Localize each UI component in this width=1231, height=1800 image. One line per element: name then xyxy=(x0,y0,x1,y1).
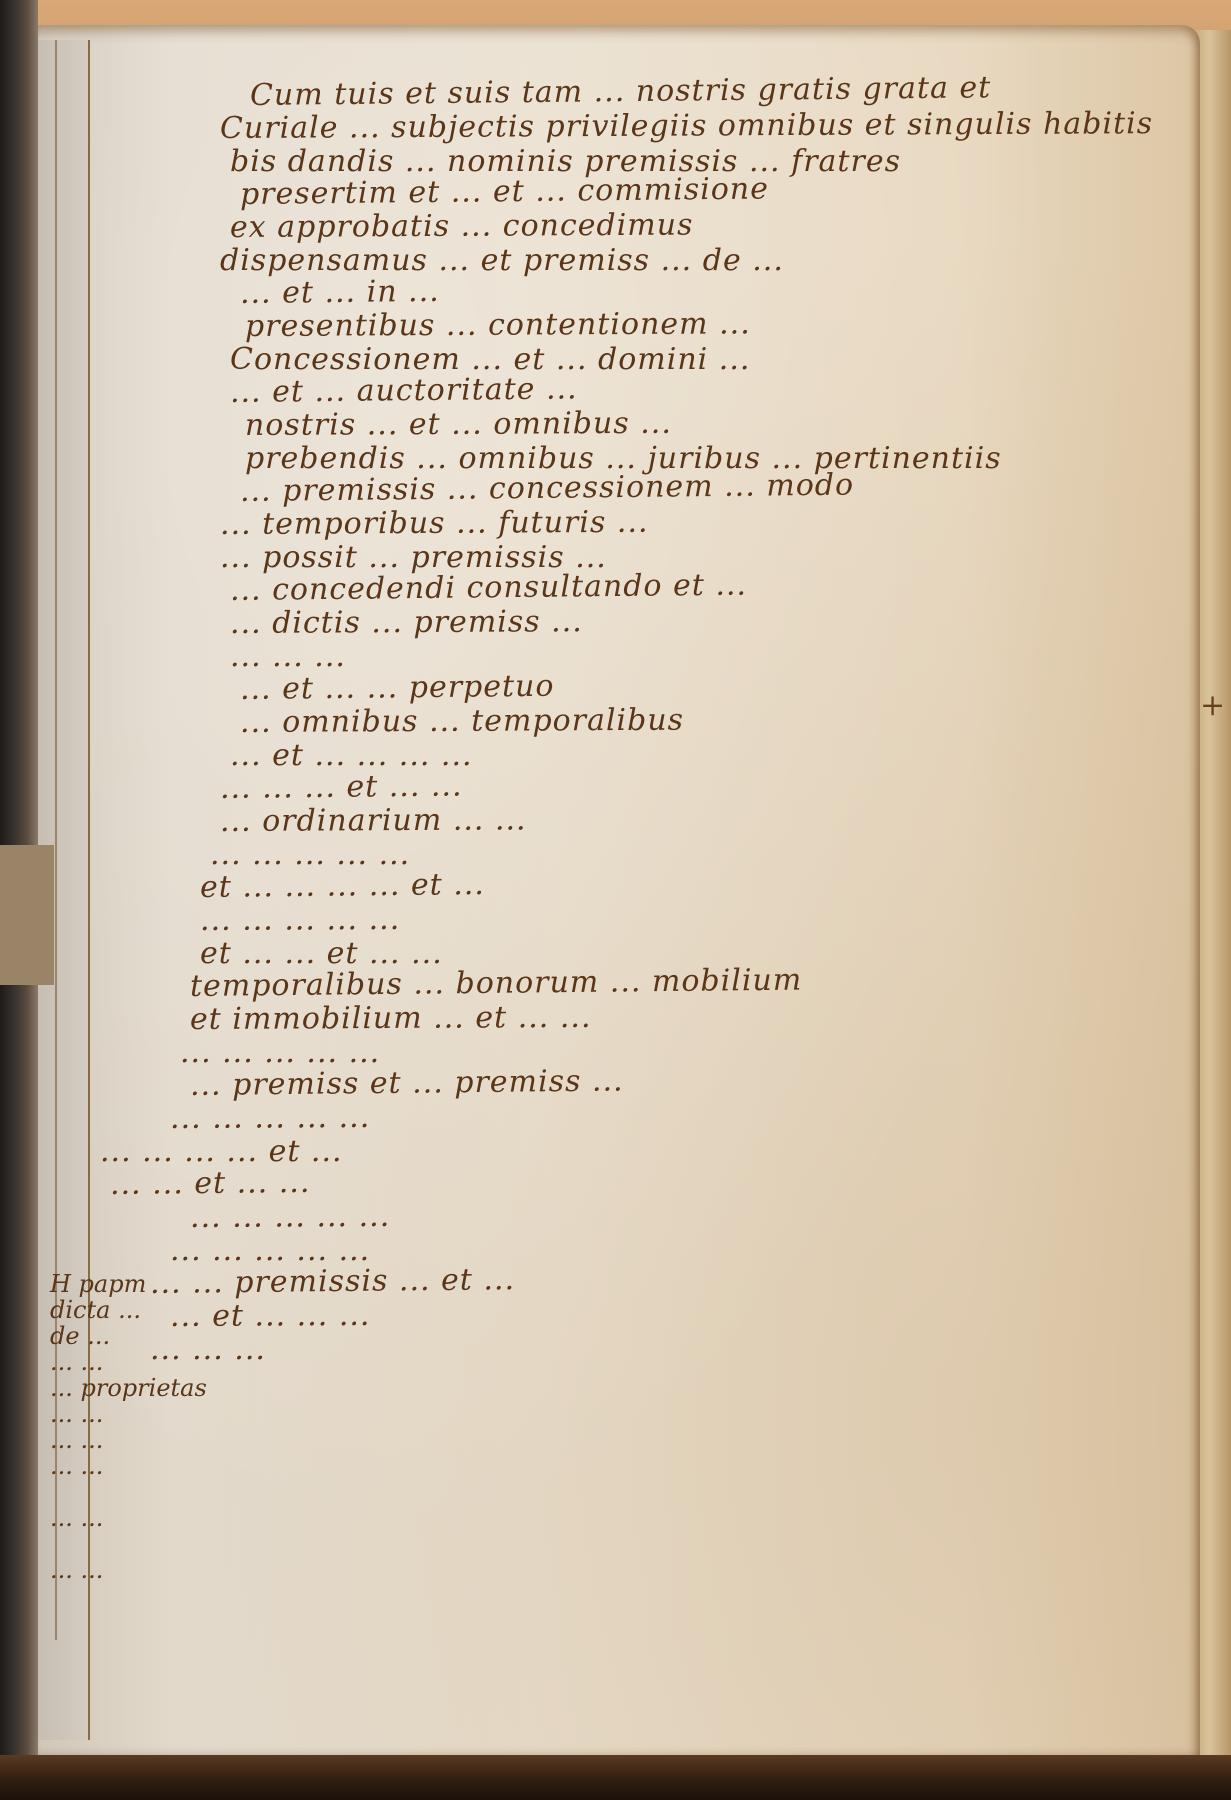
text-line: ... premiss et ... premiss ... xyxy=(190,1063,624,1103)
margin-note-line: ... ... xyxy=(50,1452,103,1480)
text-line: ... ordinarium ... ... xyxy=(220,802,527,839)
text-line: presentibus ... contentionem ... xyxy=(245,306,751,344)
text-line: presertim et ... et ... commisione xyxy=(240,171,769,212)
text-line: ... ... ... ... ... xyxy=(190,1199,390,1235)
margin-note-line: ... ... xyxy=(50,1504,103,1532)
text-line: ... ... ... ... ... xyxy=(210,837,410,872)
adjacent-page-edge xyxy=(1195,30,1231,1770)
text-line: ... et ... ... ... xyxy=(170,1298,371,1334)
margin-note-line: dicta ... xyxy=(50,1296,141,1324)
margin-note-line: ... proprietas xyxy=(50,1374,207,1402)
margin-note-line: ... ... xyxy=(50,1400,103,1428)
margin-note-line: ... ... xyxy=(50,1556,103,1584)
text-line: nostris ... et ... omnibus ... xyxy=(245,406,672,443)
text-line: et immobilium ... et ... ... xyxy=(190,1000,592,1037)
text-line: ... et ... auctoritate ... xyxy=(230,371,578,410)
margin-note-line: ... ... xyxy=(50,1426,103,1454)
text-line: ... ... ... ... et ... xyxy=(100,1134,343,1169)
text-line: ... omnibus ... temporalibus xyxy=(240,703,684,740)
text-line: ... premissis ... concessionem ... modo xyxy=(240,468,854,509)
text-line: et ... ... ... ... et ... xyxy=(200,867,485,905)
text-line: ... ... premissis ... et ... xyxy=(150,1262,515,1301)
text-line: ... ... ... ... ... xyxy=(170,1100,370,1136)
redaction-box xyxy=(0,845,54,985)
text-line: ... ... ... ... ... xyxy=(170,1233,370,1268)
text-line: ... et ... ... perpetuo xyxy=(240,669,555,707)
text-line: ... temporibus ... futuris ... xyxy=(220,505,649,542)
text-line: ex approbatis ... concedimus xyxy=(230,208,694,245)
margin-note-line: H papm xyxy=(50,1270,146,1298)
margin-note-line: ... ... xyxy=(50,1348,103,1376)
text-line: ... ... ... xyxy=(230,639,346,674)
right-edge-mark: + xyxy=(1200,688,1225,723)
text-line: ... dictis ... premiss ... xyxy=(230,604,583,641)
text-line: ... concedendi consultando et ... xyxy=(230,568,747,608)
text-line: ... ... ... ... ... xyxy=(200,902,400,938)
margin-note-line: de ... xyxy=(50,1322,110,1350)
text-line: temporalibus ... bonorum ... mobilium xyxy=(190,963,803,1004)
text-line: ... ... et ... ... xyxy=(110,1165,311,1202)
text-line: dispensamus ... et premiss ... de ... xyxy=(220,243,784,278)
text-line: ... ... ... xyxy=(150,1332,266,1367)
text-line: ... et ... in ... xyxy=(240,274,440,311)
text-line: ... ... ... et ... ... xyxy=(220,768,463,806)
bottom-edge-shadow xyxy=(0,1755,1231,1800)
text-line: ... ... ... ... ... xyxy=(180,1035,380,1070)
text-line: Curiale ... subjectis privilegiis omnibu… xyxy=(220,106,1153,146)
